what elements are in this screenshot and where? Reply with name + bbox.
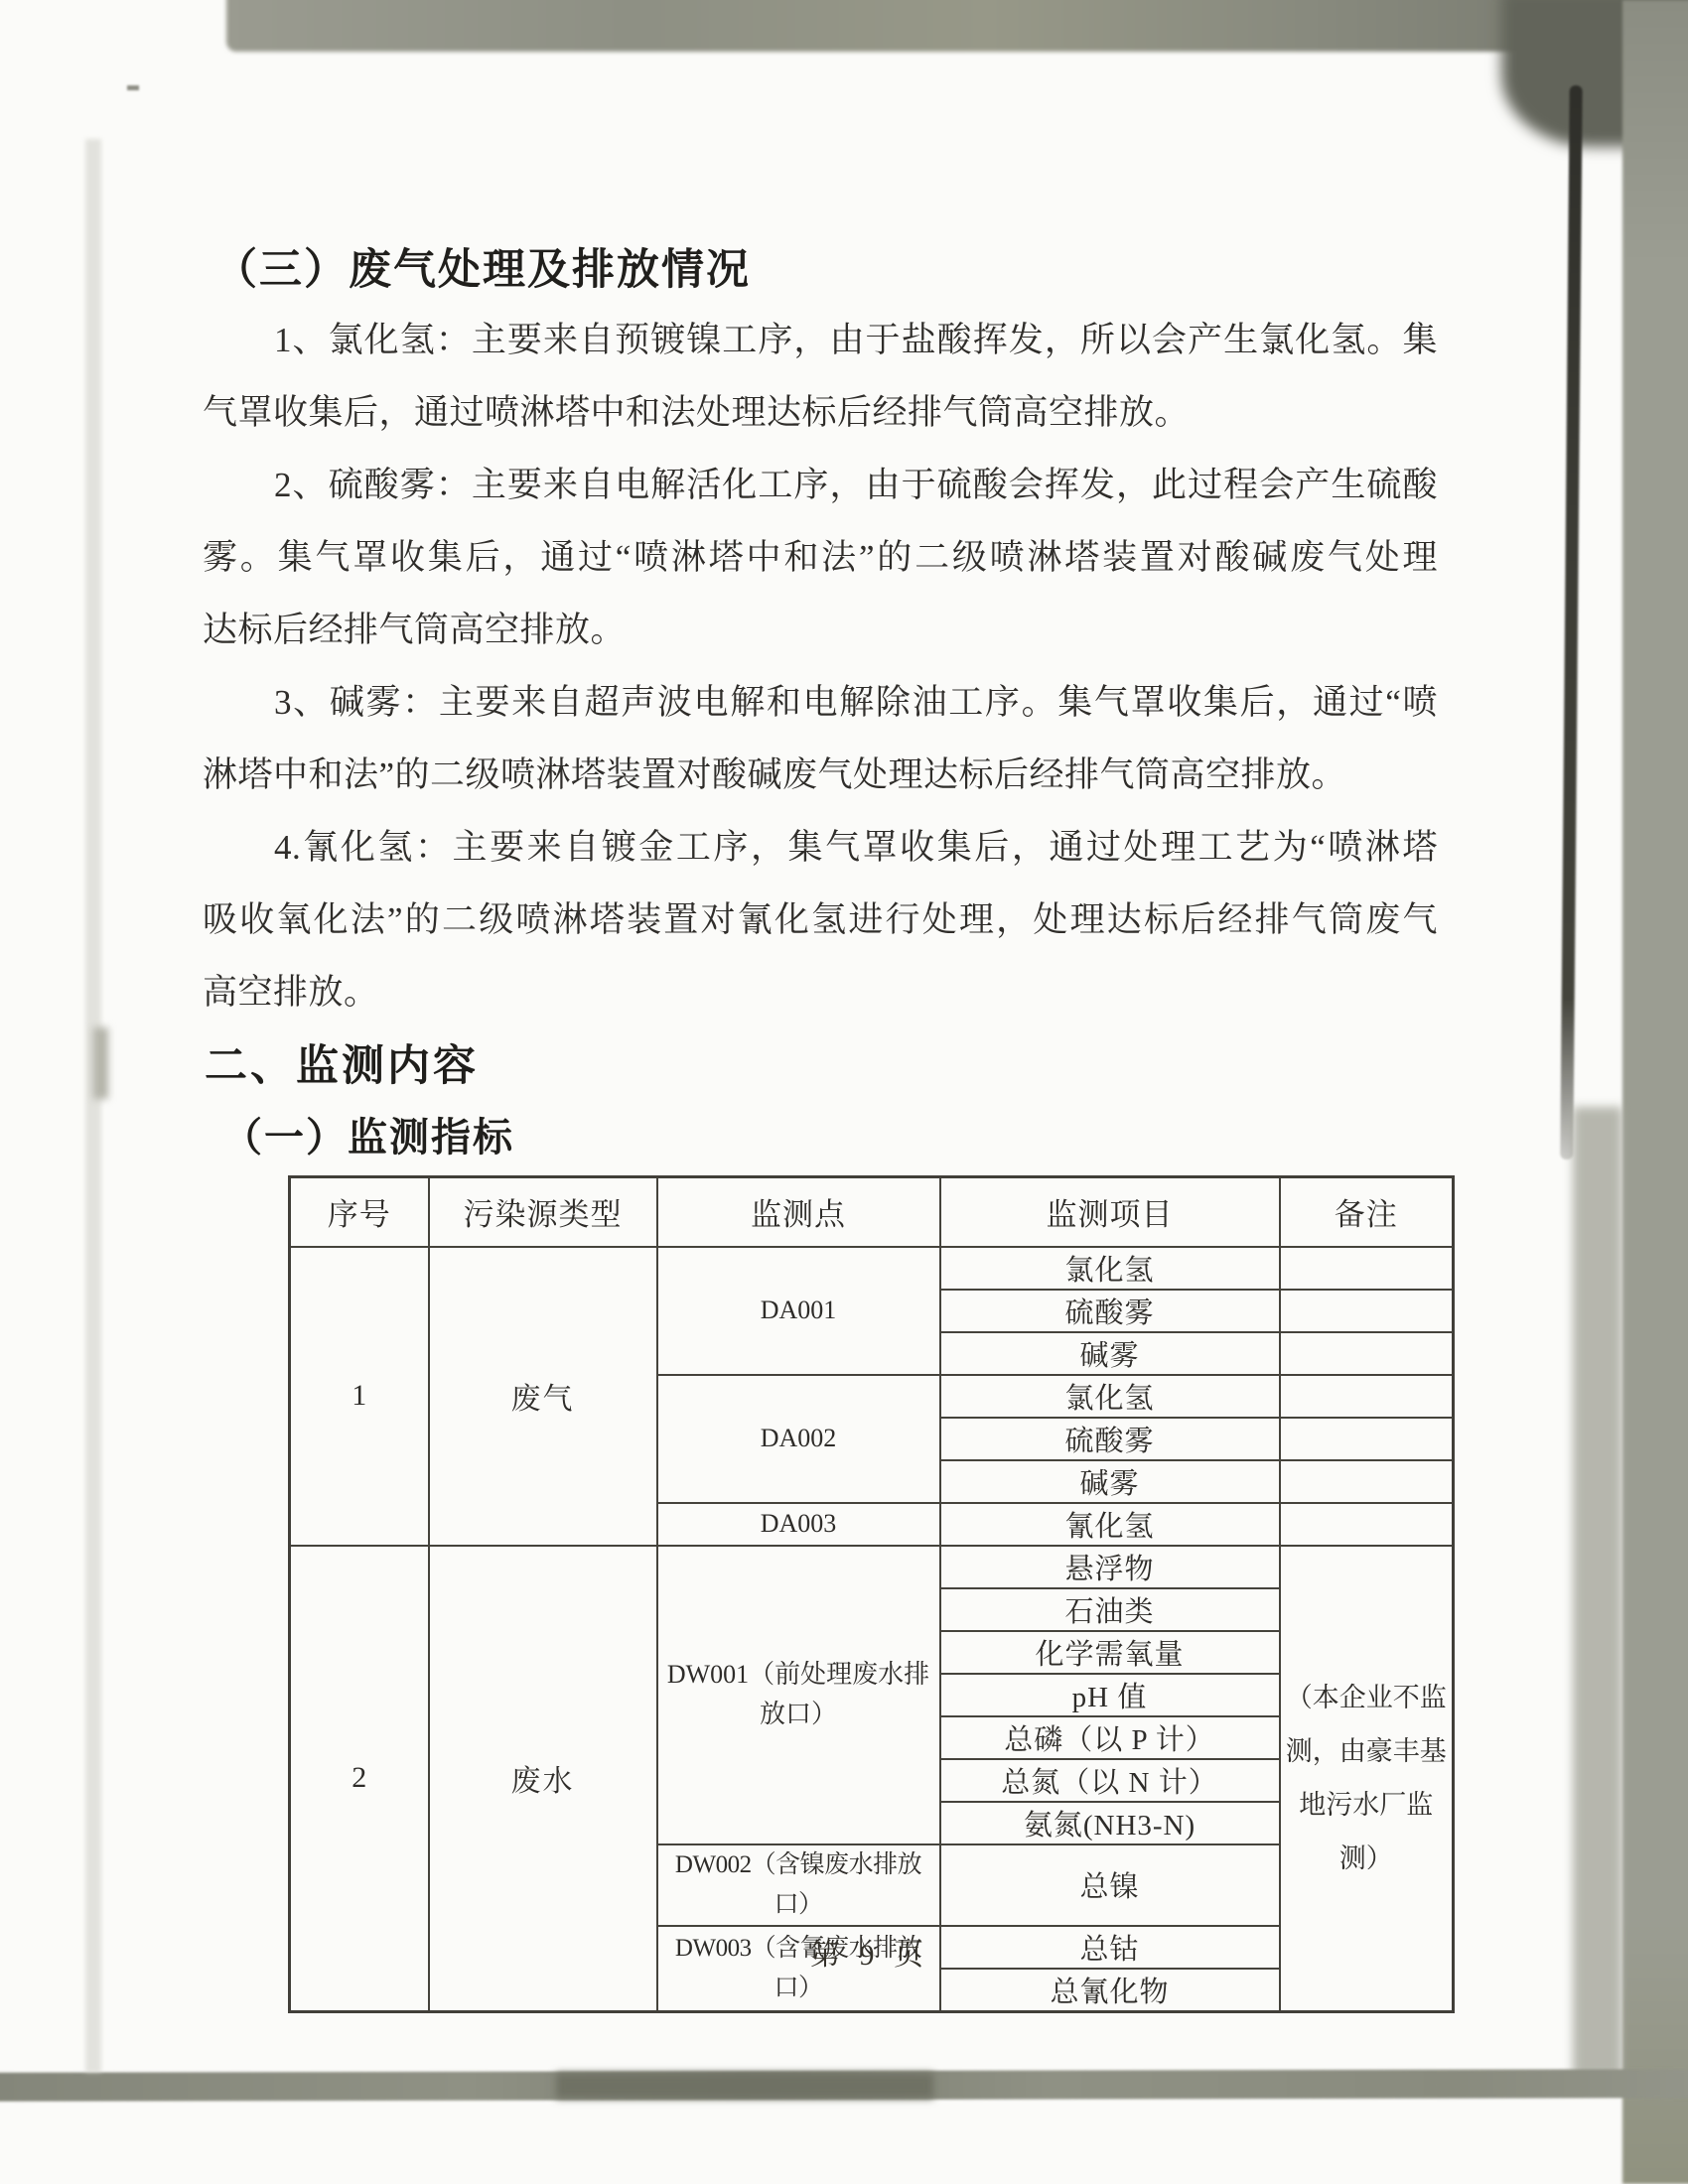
cell-note (1280, 1375, 1454, 1418)
cell-note (1280, 1247, 1454, 1290)
cell-item: 硫酸雾 (940, 1418, 1280, 1460)
subsection-heading-monitoring-indicators: （一）监测指标 (222, 1106, 514, 1162)
scan-right-edge-shadow (1622, 0, 1688, 2184)
cell-note (1280, 1503, 1454, 1546)
cell-item: 总镍 (940, 1844, 1280, 1926)
cell-item: 氰化氢 (940, 1503, 1280, 1546)
scan-smudge (127, 85, 139, 90)
paragraph-line: 雾。集气罩收集后，通过“喷淋塔中和法”的二级喷淋塔装置对酸碱废气处理 (203, 521, 1438, 594)
paragraph-line: 淋塔中和法”的二级喷淋塔装置对酸碱废气处理达标后经排气筒高空排放。 (203, 739, 1438, 811)
cell-item: 碱雾 (940, 1460, 1280, 1503)
page-edge-soft-shadow (1573, 1107, 1622, 2078)
cell-seq: 1 (290, 1247, 429, 1546)
cell-point: DA002 (657, 1375, 940, 1503)
cell-note (1280, 1460, 1454, 1503)
page-number: 第 9 页 (288, 1930, 1452, 1974)
table-header-row: 序号 污染源类型 监测点 监测项目 备注 (290, 1177, 1454, 1247)
cell-point: DW001（前处理废水排放口） (657, 1546, 940, 1844)
cell-item: 硫酸雾 (940, 1290, 1280, 1332)
table-row: 1 废气 DA001 氯化氢 (290, 1247, 1454, 1290)
cell-item: 碱雾 (940, 1332, 1280, 1375)
page-edge-dark-line (1560, 85, 1582, 1160)
paragraph-line: 高空排放。 (203, 956, 1438, 1028)
cell-point: DW002（含镍废水排放口） (657, 1844, 940, 1926)
cell-item: 总氰化物 (940, 1969, 1280, 2012)
section-heading-monitoring-content: 二、监测内容 (205, 1032, 479, 1093)
cell-note (1280, 1290, 1454, 1332)
header-monitoring-point: 监测点 (657, 1177, 940, 1247)
scan-smudge (93, 1027, 108, 1099)
body-text: 1、氯化氢：主要来自预镀镍工序，由于盐酸挥发，所以会产生氯化氢。集 气罩收集后，… (203, 304, 1438, 1028)
header-monitoring-item: 监测项目 (940, 1177, 1280, 1247)
paragraph-line: 气罩收集后，通过喷淋塔中和法处理达标后经排气筒高空排放。 (203, 376, 1438, 449)
cell-item: 氯化氢 (940, 1375, 1280, 1418)
paragraph-line: 4.氰化氢：主要来自镀金工序，集气罩收集后，通过处理工艺为“喷淋塔 (203, 811, 1438, 884)
paragraph-line: 达标后经排气筒高空排放。 (203, 594, 1438, 666)
section-heading-waste-gas: （三）废气处理及排放情况 (214, 236, 751, 297)
paragraph-line: 2、硫酸雾：主要来自电解活化工序，由于硫酸会挥发，此过程会产生硫酸 (203, 449, 1438, 521)
paragraph-line: 1、氯化氢：主要来自预镀镍工序，由于盐酸挥发，所以会产生氯化氢。集 (203, 304, 1438, 376)
cell-point: DA003 (657, 1503, 940, 1546)
cell-item: pH 值 (940, 1674, 1280, 1716)
cell-source-type: 废气 (429, 1247, 657, 1546)
paragraph-line: 3、碱雾：主要来自超声波电解和电解除油工序。集气罩收集后，通过“喷 (203, 666, 1438, 739)
cell-item: 总氮（以 N 计） (940, 1759, 1280, 1802)
scan-top-edge-shadow (226, 0, 1688, 52)
scan-left-edge-shading (85, 139, 101, 2073)
header-pollution-source-type: 污染源类型 (429, 1177, 657, 1247)
cell-item: 总磷（以 P 计） (940, 1716, 1280, 1759)
cell-item: 氨氮(NH3-N) (940, 1802, 1280, 1844)
cell-item: 化学需氧量 (940, 1631, 1280, 1674)
cell-note (1280, 1332, 1454, 1375)
cell-note (1280, 1418, 1454, 1460)
header-remarks: 备注 (1280, 1177, 1454, 1247)
header-seq: 序号 (290, 1177, 429, 1247)
scan-bottom-dark-smudge (556, 2073, 933, 2099)
cell-item: 氯化氢 (940, 1247, 1280, 1290)
scanned-document-page: （三）废气处理及排放情况 1、氯化氢：主要来自预镀镍工序，由于盐酸挥发，所以会产… (0, 0, 1688, 2184)
cell-item: 悬浮物 (940, 1546, 1280, 1588)
table-row: 2 废水 DW001（前处理废水排放口） 悬浮物 （本企业不监测，由豪丰基地污水… (290, 1546, 1454, 1588)
paragraph-line: 吸收氧化法”的二级喷淋塔装置对氰化氢进行处理，处理达标后经排气筒废气 (203, 884, 1438, 956)
cell-point: DA001 (657, 1247, 940, 1375)
monitoring-indicators-table: 序号 污染源类型 监测点 监测项目 备注 1 废气 DA001 氯化氢 硫酸雾 … (288, 1175, 1455, 2013)
cell-item: 石油类 (940, 1588, 1280, 1631)
